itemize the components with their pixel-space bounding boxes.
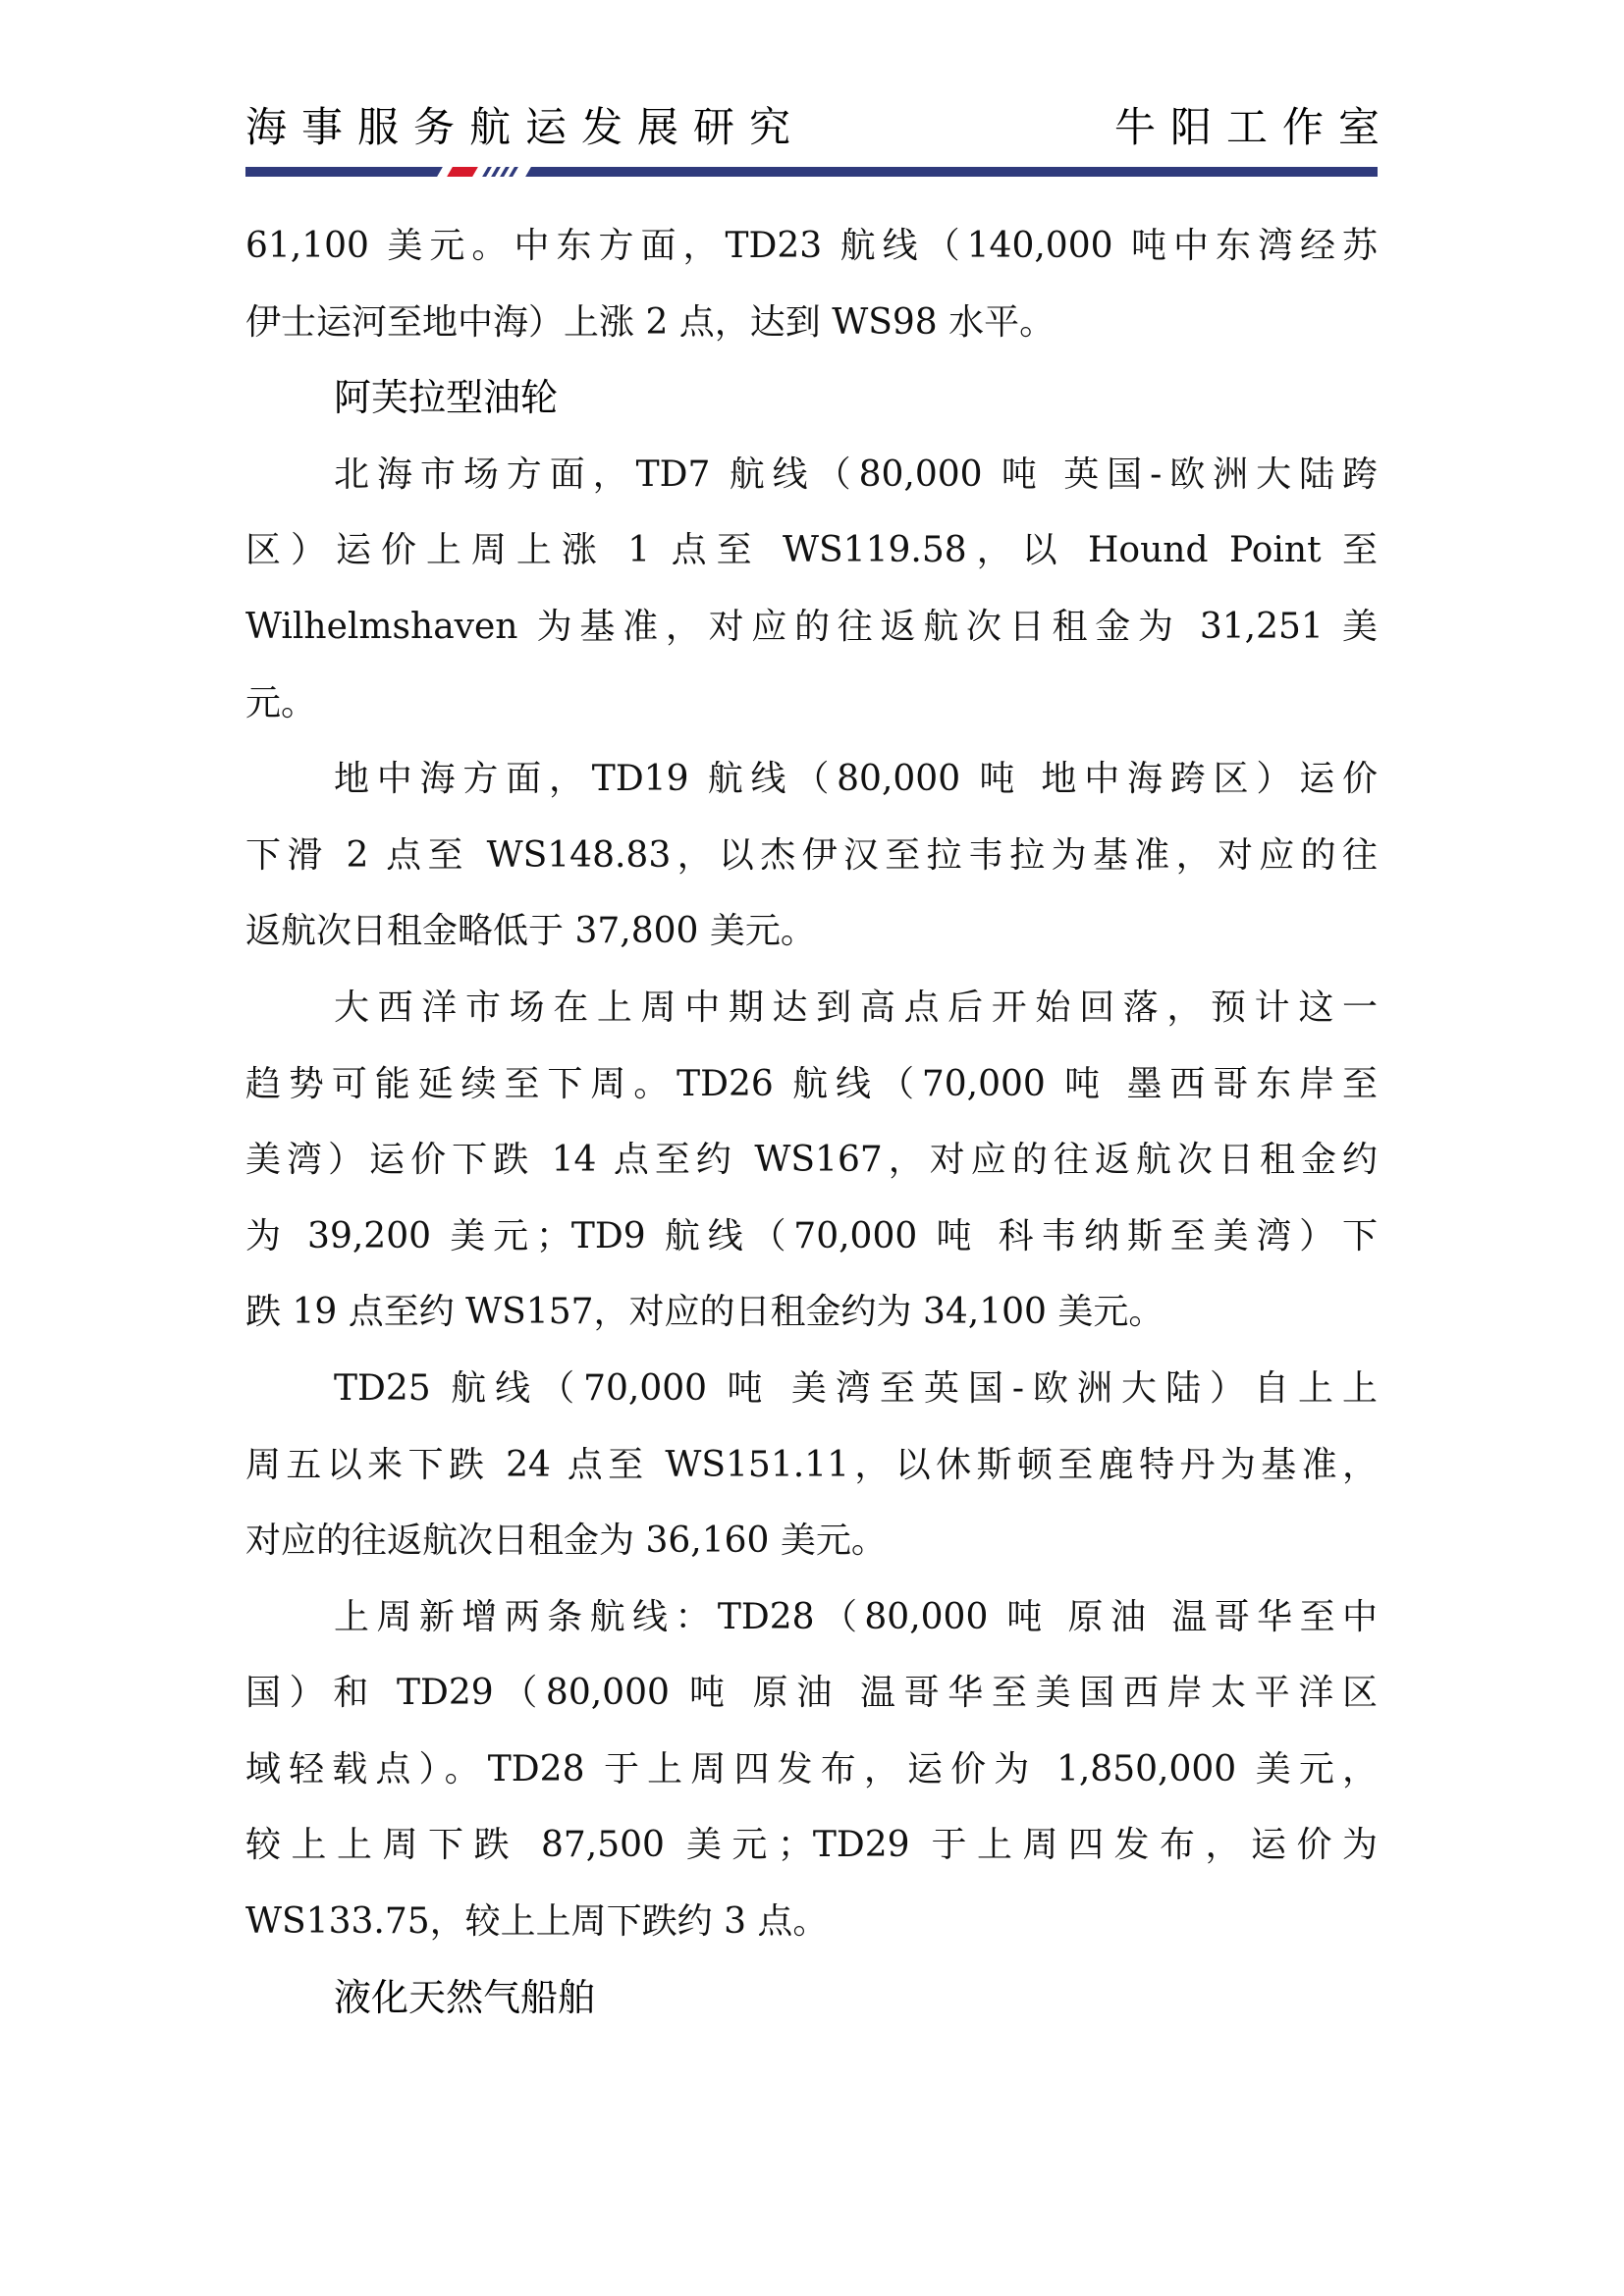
- body-line: 上周新增两条航线：TD28（80,000 吨 原油 温哥华至中: [245, 1579, 1378, 1656]
- body-line: 跌 19 点至约 WS157，对应的日租金约为 34,100 美元。: [245, 1274, 1378, 1351]
- body-line: 地中海方面，TD19 航线（80,000 吨 地中海跨区）运价: [245, 741, 1378, 818]
- body-line: 伊士运河至地中海）上涨 2 点，达到 WS98 水平。: [245, 285, 1378, 361]
- body-line: 下滑 2 点至 WS148.83，以杰伊汉至拉韦拉为基准，对应的往: [245, 818, 1378, 894]
- body-line: 美湾）运价下跌 14 点至约 WS167，对应的往返航次日租金约: [245, 1122, 1378, 1199]
- body-line: 区）运价上周上涨 1 点至 WS119.58，以 Hound Point 至: [245, 512, 1378, 589]
- body-line: WS133.75，较上上周下跌约 3 点。: [245, 1884, 1378, 1960]
- body-line: 大西洋市场在上周中期达到高点后开始回落，预计这一: [245, 970, 1378, 1046]
- body-line: 域轻载点）。TD28 于上周四发布，运价为 1,850,000 美元，: [245, 1732, 1378, 1808]
- header-rule: [245, 167, 1378, 177]
- page-header: 海事服务航运发展研究 牛阳工作室: [245, 98, 1380, 157]
- body-line: 北海市场方面，TD7 航线（80,000 吨 英国-欧洲大陆跨: [245, 437, 1378, 513]
- section-heading-aframax: 阿芙拉型油轮: [245, 360, 1378, 437]
- header-title: 海事服务航运发展研究: [245, 98, 805, 157]
- body-line: 返航次日租金略低于 37,800 美元。: [245, 893, 1378, 970]
- header-org-name: 牛阳工作室: [1114, 98, 1394, 157]
- body-line: 趋势可能延续至下周。TD26 航线（70,000 吨 墨西哥东岸至: [245, 1046, 1378, 1123]
- body-line: Wilhelmshaven 为基准，对应的往返航次日租金为 31,251 美: [245, 589, 1378, 666]
- body-line: 较上上周下跌 87,500 美元；TD29 于上周四发布，运价为: [245, 1807, 1378, 1884]
- body-line: 为 39,200 美元；TD9 航线（70,000 吨 科韦纳斯至美湾）下: [245, 1199, 1378, 1275]
- body-line: TD25 航线（70,000 吨 美湾至英国-欧洲大陆）自上上: [245, 1351, 1378, 1427]
- section-heading-lng: 液化天然气船舶: [245, 1960, 1378, 2037]
- body-line: 对应的往返航次日租金为 36,160 美元。: [245, 1503, 1378, 1579]
- body-line: 元。: [245, 666, 1378, 742]
- body-line: 61,100 美元。中东方面，TD23 航线（140,000 吨中东湾经苏: [245, 208, 1378, 285]
- body-line: 国）和 TD29（80,000 吨 原油 温哥华至美国西岸太平洋区: [245, 1655, 1378, 1732]
- document-body: 61,100 美元。中东方面，TD23 航线（140,000 吨中东湾经苏 伊士…: [245, 208, 1378, 2036]
- body-line: 周五以来下跌 24 点至 WS151.11，以休斯顿至鹿特丹为基准，: [245, 1427, 1378, 1504]
